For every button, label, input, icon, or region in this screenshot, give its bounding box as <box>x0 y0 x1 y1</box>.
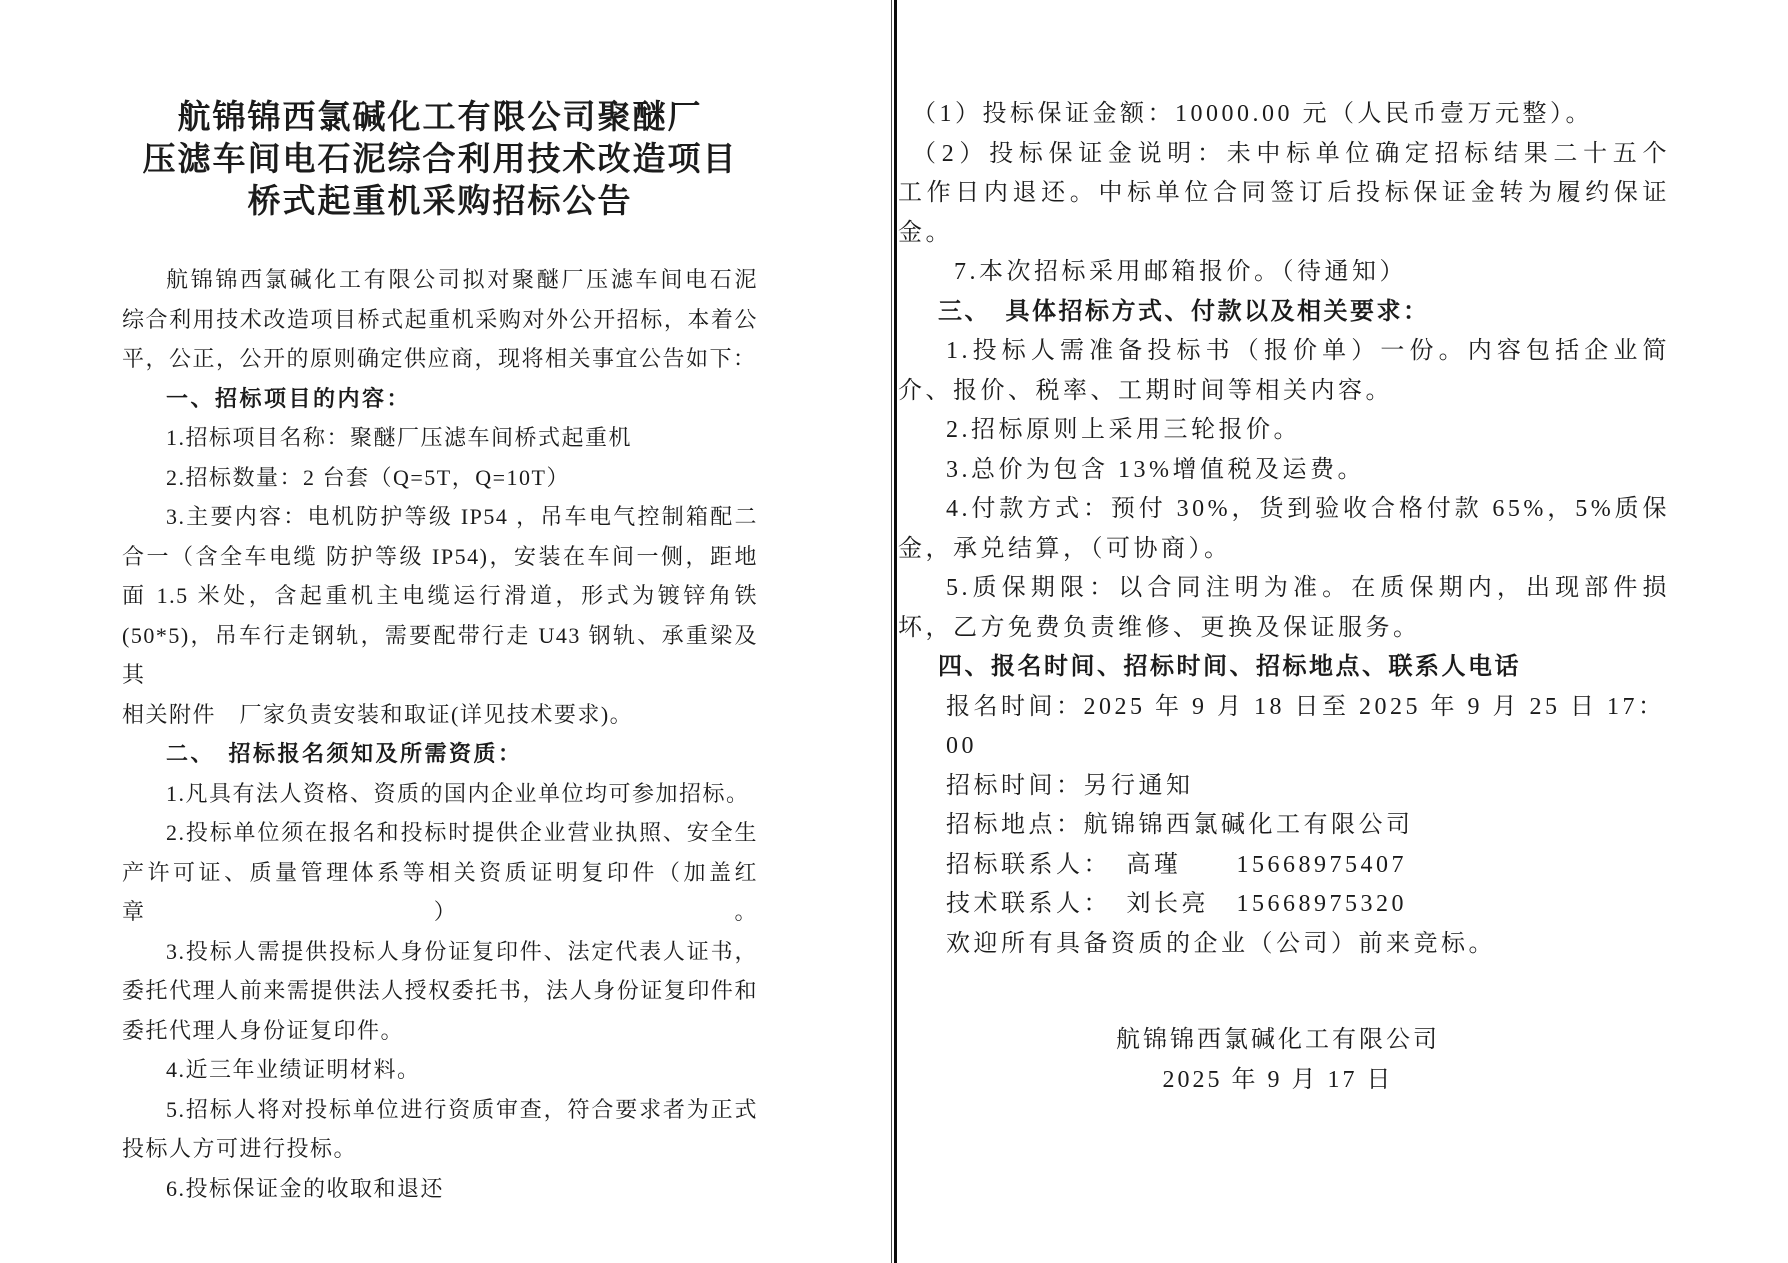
section-heading: 一、招标项目的内容： <box>122 379 758 419</box>
doc-title-line: 航锦锦西氯碱化工有限公司聚醚厂 <box>122 97 758 139</box>
doc-line: 3.总价为包含 13%增值税及运费。 <box>898 451 1670 491</box>
doc-line: 3.主要内容：电机防护等级 IP54 ，吊车电气控制箱配二 <box>122 497 758 537</box>
page-2-body: （1）投标保证金额：10000.00 元（人民币壹万元整）。 （2）投标保证金说… <box>898 95 1670 964</box>
doc-line: 4.近三年业绩证明材料。 <box>122 1050 758 1090</box>
doc-line: 金。 <box>898 214 1670 254</box>
doc-line: 5.质保期限：以合同注明为准。在质保期内，出现部件损 <box>898 569 1670 609</box>
doc-title-line: 压滤车间电石泥综合利用技术改造项目 <box>122 139 758 181</box>
section-heading: 三、 具体招标方式、付款以及相关要求： <box>898 293 1670 333</box>
doc-line: (50*5)，吊车行走钢轨，需要配带行走 U43 钢轨、承重梁及其 <box>122 616 758 695</box>
doc-line: 投标人方可进行投标。 <box>122 1129 758 1169</box>
doc-line: 委托代理人身份证复印件。 <box>122 1011 758 1051</box>
doc-line: 报名时间：2025 年 9 月 18 日至 2025 年 9 月 25 日 17… <box>898 688 1670 767</box>
doc-line: 4.付款方式：预付 30%，货到验收合格付款 65%，5%质保 <box>898 490 1670 530</box>
section-heading: 四、报名时间、招标时间、招标地点、联系人电话 <box>898 648 1670 688</box>
doc-line: （2）投标保证金说明：未中标单位确定招标结果二十五个 <box>898 135 1670 175</box>
doc-line: 综合利用技术改造项目桥式起重机采购对外公开招标，本着公 <box>122 300 758 340</box>
doc-line: 2.投标单位须在报名和投标时提供企业营业执照、安全生 <box>122 813 758 853</box>
page-1-body: 航锦锦西氯碱化工有限公司拟对聚醚厂压滤车间电石泥 综合利用技术改造项目桥式起重机… <box>122 260 758 1208</box>
doc-line: 2.招标原则上采用三轮报价。 <box>898 411 1670 451</box>
doc-line: 6.投标保证金的收取和退还 <box>122 1169 758 1209</box>
doc-line: 招标时间：另行通知 <box>898 767 1670 807</box>
doc-line: 招标联系人： 高瑾 15668975407 <box>898 846 1670 886</box>
doc-line: 航锦锦西氯碱化工有限公司拟对聚醚厂压滤车间电石泥 <box>122 260 758 300</box>
doc-line: 欢迎所有具备资质的企业（公司）前来竞标。 <box>898 925 1670 965</box>
doc-line: 3.投标人需提供投标人身份证复印件、法定代表人证书， <box>122 932 758 972</box>
doc-line: 坏，乙方免费负责维修、更换及保证服务。 <box>898 609 1670 649</box>
doc-line: 委托代理人前来需提供法人授权委托书，法人身份证复印件和 <box>122 971 758 1011</box>
doc-line: 7.本次招标采用邮箱报价。（待通知） <box>898 253 1670 293</box>
doc-line: 1.凡具有法人资格、资质的国内企业单位均可参加招标。 <box>122 774 758 814</box>
doc-line: 平，公正，公开的原则确定供应商，现将相关事宜公告如下： <box>122 339 758 379</box>
doc-line: 1.招标项目名称：聚醚厂压滤车间桥式起重机 <box>122 418 758 458</box>
doc-line: 金，承兑结算，（可协商）。 <box>898 530 1670 570</box>
doc-line: 合一（含全车电缆 防护等级 IP54)，安装在车间一侧，距地 <box>122 537 758 577</box>
doc-line: 5.招标人将对投标单位进行资质审查，符合要求者为正式 <box>122 1090 758 1130</box>
page-gutter-line <box>894 0 897 1263</box>
doc-line: 2.招标数量：2 台套（Q=5T，Q=10T） <box>122 458 758 498</box>
doc-line: 产许可证、质量管理体系等相关资质证明复印件（加盖红章）。 <box>122 853 758 932</box>
section-heading: 二、 招标报名须知及所需资质： <box>122 734 758 774</box>
doc-line: 相关附件 厂家负责安装和取证(详见技术要求)。 <box>122 695 758 735</box>
page-gutter-thin-line <box>891 0 892 1263</box>
doc-line: 面 1.5 米处，含起重机主电缆运行滑道，形式为镀锌角铁 <box>122 576 758 616</box>
doc-line: 工作日内退还。中标单位合同签订后投标保证金转为履约保证 <box>898 174 1670 214</box>
doc-title: 航锦锦西氯碱化工有限公司聚醚厂 压滤车间电石泥综合利用技术改造项目 桥式起重机采… <box>122 97 758 223</box>
doc-title-line: 桥式起重机采购招标公告 <box>122 181 758 223</box>
doc-line: 招标地点：航锦锦西氯碱化工有限公司 <box>898 806 1670 846</box>
signature-company: 航锦锦西氯碱化工有限公司 <box>1048 1020 1508 1060</box>
doc-line: 1.投标人需准备投标书（报价单）一份。内容包括企业简 <box>898 332 1670 372</box>
doc-line: 介、报价、税率、工期时间等相关内容。 <box>898 372 1670 412</box>
doc-line: （1）投标保证金额：10000.00 元（人民币壹万元整）。 <box>898 95 1670 135</box>
signature-date: 2025 年 9 月 17 日 <box>1048 1060 1508 1100</box>
doc-line: 技术联系人： 刘长亮 15668975320 <box>898 885 1670 925</box>
